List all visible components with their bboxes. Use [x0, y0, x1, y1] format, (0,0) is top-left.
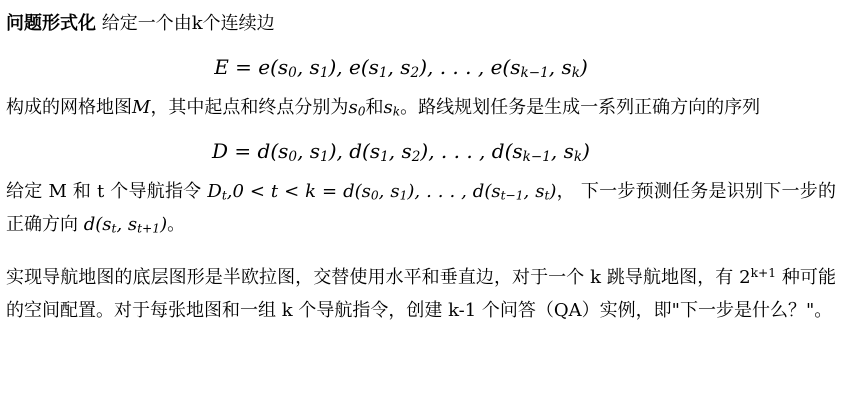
document: 问题形式化 给定一个由k个连续边 E = e(s0, s1), e(s1, s2…: [0, 0, 844, 327]
paragraph-map-definition: 构成的网格地图M，其中起点和终点分别为s0和sk。路线规划任务是生成一系列正确方…: [6, 91, 836, 124]
paragraph-heading-line: 问题形式化 给定一个由k个连续边: [6, 7, 836, 40]
display-formula-edges: E = e(s0, s1), e(s1, s2), . . . , e(sk−1…: [6, 52, 796, 82]
paragraph-map-implementation: 实现导航地图的底层图形是半欧拉图，交替使用水平和垂直边，对于一个 k 跳导航地图…: [6, 261, 836, 327]
paragraph-next-step-prediction: 给定 M 和 t 个导航指令 Dt,0 < t < k = d(s0, s1),…: [6, 175, 836, 241]
display-formula-directions: D = d(s0, s1), d(s1, s2), . . . , d(sk−1…: [6, 136, 796, 166]
